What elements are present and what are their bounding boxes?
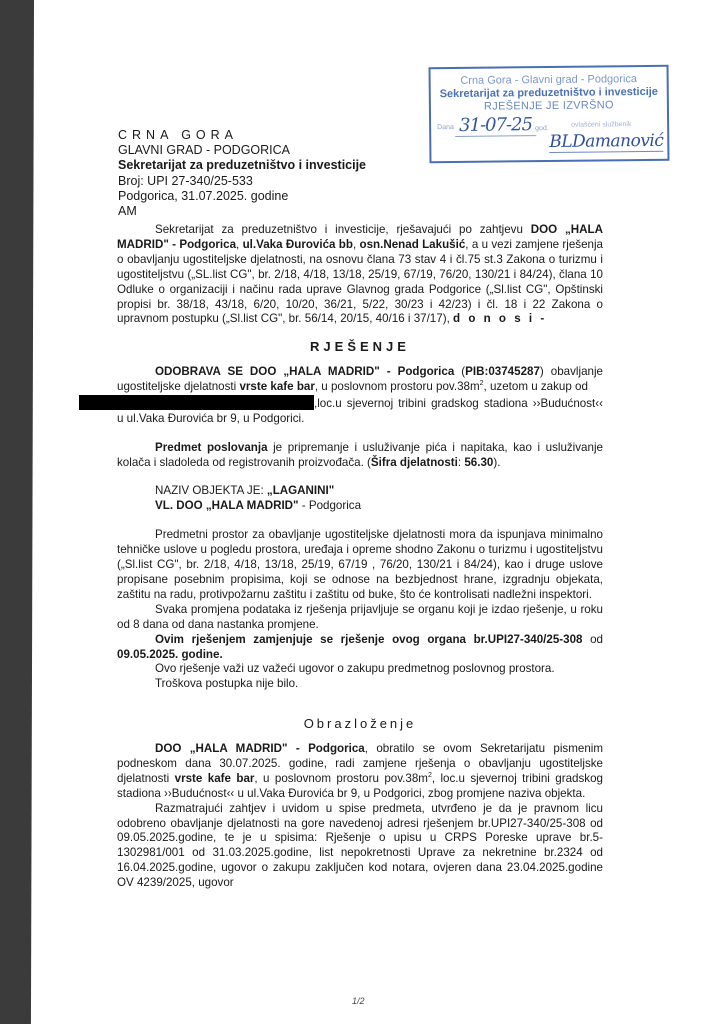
document-header: CRNA GORA GLAVNI GRAD - PODGORICA Sekret… [118, 128, 366, 219]
stamp-date-label: Dana [437, 124, 454, 131]
stamp-officer-label: ovlašćeni službenik [571, 121, 631, 129]
decision-paragraph-replacement: Ovim rješenjem zamjenjuje se rješenje ov… [117, 633, 603, 663]
header-city: GLAVNI GRAD - PODGORICA [118, 143, 366, 158]
activity-code: 56.30 [464, 456, 493, 469]
text: ). [493, 456, 500, 469]
text: od [583, 633, 603, 646]
page-number: 1/2 [352, 996, 365, 1006]
owner-name: VL. DOO „HALA MADRID" [155, 499, 299, 512]
text: ( [454, 365, 465, 378]
header-department: Sekretarijat za preduzetništvo i investi… [118, 158, 366, 173]
applicant-name: DOO „HALA MADRID" - Podgorica [155, 742, 365, 755]
text: , u poslovnom prostoru pov.38m [315, 380, 480, 393]
document-page: Crna Gora - Glavni grad - Podgorica Sekr… [0, 0, 724, 1024]
business-type: vrste kafe bar [175, 772, 255, 785]
owner-line: VL. DOO „HALA MADRID" - Podgorica [117, 499, 603, 514]
object-name-label: NAZIV OBJEKTA JE: [155, 484, 267, 497]
decision-title: RJEŠENJE [117, 339, 603, 354]
pib-number: PIB:03745287 [465, 365, 540, 378]
subject-label: Predmet poslovanja [155, 441, 268, 454]
header-number: Broj: UPI 27-340/25-533 [118, 174, 366, 189]
header-place-date: Podgorica, 31.07.2025. godine [118, 189, 366, 204]
reasoning-paragraph-review: Razmatrajući zahtjev i uvidom u spise pr… [117, 802, 603, 891]
header-initials: AM [118, 204, 366, 219]
business-type: vrste kafe bar [239, 380, 314, 393]
applicant-address: ul.Vaka Đurovića bb [243, 238, 353, 251]
decision-paragraph-changes: Svaka promjena podataka iz rješenja prij… [117, 603, 603, 633]
replaced-decision-date: 09.05.2025. godine. [117, 648, 223, 661]
stamp-line-2: Sekretarijat za preduzetništvo i investi… [431, 86, 667, 100]
enforceability-stamp: Crna Gora - Glavni grad - Podgorica Sekr… [429, 65, 670, 164]
donosi-word: d o n o s i - [453, 312, 547, 325]
redaction-block [79, 395, 314, 410]
object-name: „LAGANINI" [267, 484, 334, 497]
reasoning-section: DOO „HALA MADRID" - Podgorica, obratilo … [117, 742, 603, 891]
preamble: Sekretarijat za preduzetništvo i investi… [117, 223, 603, 327]
stamp-line-3: RJEŠENJE JE IZVRŠNO [431, 99, 667, 113]
activity-code-label: Šifra djelatnosti [371, 456, 458, 469]
stamp-signature: BLDamanović [549, 131, 663, 153]
replaced-decision-number: Ovim rješenjem zamjenjuje se rješenje ov… [155, 633, 583, 646]
applicant-founder: osn.Nenad Lakušić [360, 238, 466, 251]
preamble-paragraph: Sekretarijat za preduzetništvo i investi… [117, 223, 603, 327]
stamp-line-1: Crna Gora - Glavni grad - Podgorica [431, 73, 667, 87]
decision-paragraph-approval: ODOBRAVA SE DOO „HALA MADRID" - Podgoric… [117, 365, 603, 427]
header-country: CRNA GORA [118, 128, 366, 143]
decision-paragraph-validity: Ovo rješenje važi uz važeći ugovor o zak… [117, 662, 603, 677]
text: - Podgorica [299, 499, 362, 512]
decision-paragraph-conditions: Predmetni prostor za obavljanje ugostite… [117, 528, 603, 603]
decision-section: ODOBRAVA SE DOO „HALA MADRID" - Podgoric… [117, 365, 603, 692]
approval-entity: ODOBRAVA SE DOO „HALA MADRID" - Podgoric… [155, 365, 454, 378]
stamp-handwritten-date: 31-07-25 [455, 114, 536, 137]
stamp-god-label: god. [535, 125, 549, 132]
decision-paragraph-costs: Troškova postupka nije bilo. [117, 677, 603, 692]
reasoning-paragraph-request: DOO „HALA MADRID" - Podgorica, obratilo … [117, 742, 603, 802]
text: , uzetom u zakup od [484, 380, 588, 393]
decision-paragraph-subject: Predmet poslovanja je pripremanje i uslu… [117, 441, 603, 471]
object-name-line: NAZIV OBJEKTA JE: „LAGANINI" [117, 484, 603, 499]
reasoning-title: Obrazloženje [117, 716, 603, 731]
preamble-text: Sekretarijat za preduzetništvo i investi… [155, 223, 531, 236]
text: , u poslovnom prostoru pov.38m [254, 772, 428, 785]
